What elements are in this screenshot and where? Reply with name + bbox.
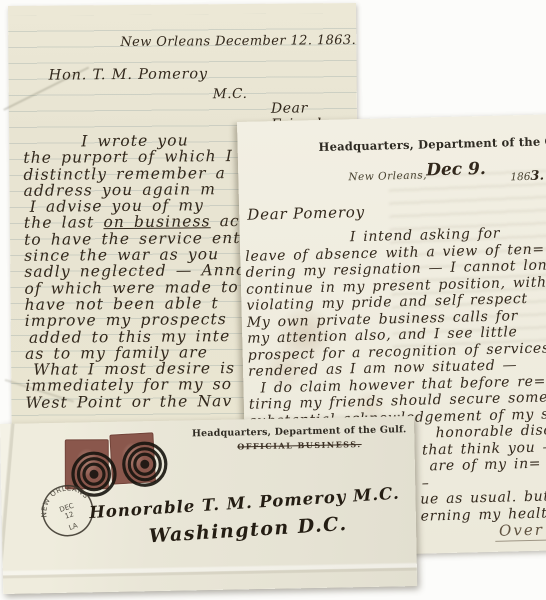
salutation: Dear Pomeroy	[247, 203, 365, 224]
printed-letterhead: Headquarters, Department of the Gulf.	[168, 424, 430, 440]
over-note: Over	[495, 520, 546, 541]
postmark-day: 12	[64, 510, 75, 520]
photo-of-documents: New Orleans December 12. 1863. Hon. T. M…	[0, 0, 546, 600]
postmark-state: LA	[68, 521, 79, 532]
letter-dateline: New Orleans December 12. 1863.	[120, 33, 356, 50]
line-segment: ac	[211, 212, 240, 230]
body-line: are of my in=	[429, 454, 546, 475]
handwritten-year-digit: 3.	[530, 169, 544, 184]
printed-letterhead: Headquarters, Department of the Gulf.	[237, 132, 546, 156]
official-business-struck: OFFICIAL BUSINESS.	[168, 438, 430, 453]
printed-year: 186	[510, 171, 530, 183]
printed-place: New Orleans,	[348, 169, 427, 183]
envelope: Headquarters, Department of the Gulf. OF…	[0, 416, 417, 594]
recipient-title: M.C.	[213, 86, 248, 102]
year: 1863.	[510, 165, 544, 185]
body-line: honorable discharge	[435, 421, 546, 442]
recipient-line: Hon. T. M. Pomeroy	[49, 66, 208, 83]
envelope-printed-header: Headquarters, Department of the Gulf. OF…	[168, 424, 430, 453]
handwritten-date: Dec 9.	[426, 159, 486, 180]
